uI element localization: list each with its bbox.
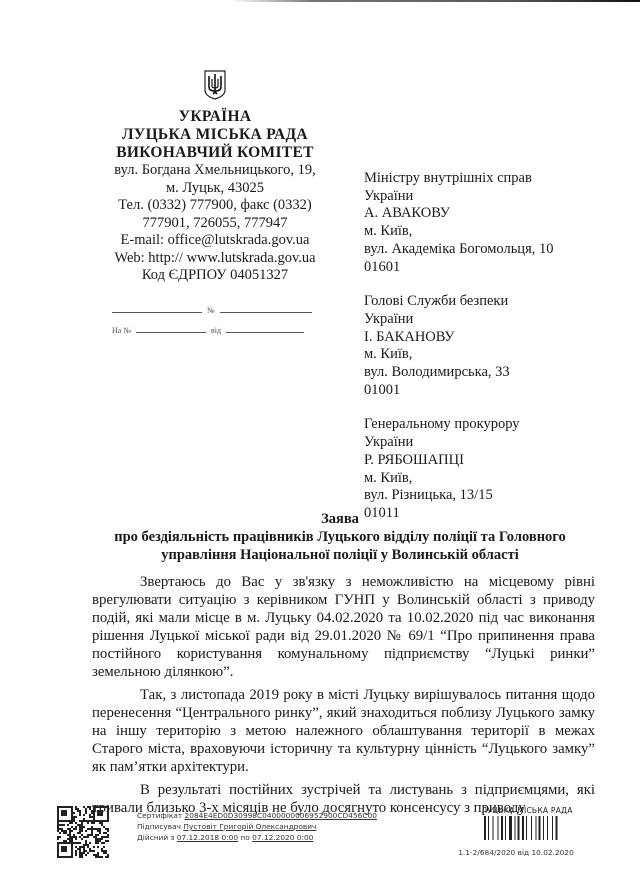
scan-edge-line — [230, 0, 640, 2]
number-label: № — [202, 306, 220, 316]
addressee-line: вул. Різницька, 13/15 — [364, 487, 624, 505]
addressee-sbu-head: Голові Служби безпеки України І. БАКАНОВ… — [364, 293, 624, 399]
outgoing-date-blank — [112, 312, 202, 313]
addressee-line: вул. Володимирська, 33 — [364, 364, 624, 382]
digital-signature-info: Сертифікат 2084E4ED0D30998C0400000006952… — [137, 810, 377, 843]
reply-to-label: На № — [112, 326, 136, 336]
addressee-line: України — [364, 188, 624, 206]
reply-to-number-blank — [136, 332, 206, 333]
committee-name: ВИКОНАВЧИЙ КОМІТЕТ — [80, 144, 350, 162]
registration-stamp: ЛУЦЬКА МІСЬКА РАДА 1.1-2/684/2020 від 10… — [452, 806, 602, 857]
country-name: УКРАЇНА — [80, 108, 350, 126]
title-subtitle-line1: про бездіяльність працівників Луцького в… — [80, 528, 600, 546]
address-line: вул. Богдана Хмельницького, 19, — [80, 162, 350, 180]
addressee-line: Міністру внутрішніх справ — [364, 170, 624, 188]
valid-to-value: 07.12.2020 0:00 — [252, 833, 313, 842]
outgoing-number-blank — [220, 312, 312, 313]
addressee-line: м. Київ, — [364, 223, 624, 241]
letterhead: УКРАЇНА ЛУЦЬКА МІСЬКА РАДА ВИКОНАВЧИЙ КО… — [80, 70, 350, 285]
registration-fields: № На № від — [112, 296, 312, 336]
reply-to-date-blank — [226, 332, 304, 333]
valid-from-label: Дійсний з — [137, 833, 174, 842]
qr-code-icon — [57, 806, 109, 858]
outgoing-number-row: № — [112, 296, 312, 316]
addressee-line: м. Київ, — [364, 470, 624, 488]
addressee-line: вул. Академіка Богомольця, 10 — [364, 241, 624, 259]
validity-row: Дійсний з 07.12.2018 0:00 по 07.12.2020 … — [137, 832, 377, 843]
stamp-organization: ЛУЦЬКА МІСЬКА РАДА — [452, 806, 602, 815]
signer-label: Підписувач — [137, 822, 181, 831]
email-line: E-mail: office@lutskrada.gov.ua — [80, 232, 350, 250]
addressee-name: А. АВАКОВУ — [364, 205, 624, 223]
city-line: м. Луцьк, 43025 — [80, 180, 350, 198]
certificate-label: Сертифікат — [137, 811, 182, 820]
addressees: Міністру внутрішніх справ України А. АВА… — [364, 170, 624, 540]
phone-line: Тел. (0332) 777900, факс (0332) — [80, 197, 350, 215]
stamp-registration-number: 1.1-2/684/2020 від 10.02.2020 — [430, 848, 602, 857]
addressee-interior-minister: Міністру внутрішніх справ України А. АВА… — [364, 170, 624, 276]
addressee-postcode: 01601 — [364, 259, 624, 277]
addressee-prosecutor-general: Генеральному прокурору України Р. РЯБОША… — [364, 416, 624, 522]
trident-coat-of-arms-icon — [204, 70, 226, 100]
reply-to-row: На № від — [112, 316, 312, 336]
title-subtitle-line2: управління Національної поліції у Волинс… — [80, 546, 600, 564]
addressee-postcode: 01001 — [364, 382, 624, 400]
phone-numbers-line: 777901, 726055, 777947 — [80, 215, 350, 233]
body-paragraph: Так, з листопада 2019 року в місті Луцьк… — [92, 686, 595, 776]
valid-from-value: 07.12.2018 0:00 — [177, 833, 238, 842]
body-paragraph: Звертаюсь до Вас у зв'язку з неможливіст… — [92, 573, 595, 681]
signer-row: Підписувач Пустовіт Григорій Олександров… — [137, 821, 377, 832]
addressee-line: Генеральному прокурору — [364, 416, 624, 434]
addressee-line: м. Київ, — [364, 346, 624, 364]
certificate-row: Сертифікат 2084E4ED0D30998C0400000006952… — [137, 810, 377, 821]
addressee-name: І. БАКАНОВУ — [364, 329, 624, 347]
title-heading: Заява — [80, 510, 600, 528]
document-title: Заява про бездіяльність працівників Луць… — [80, 510, 600, 564]
date-from-label: від — [206, 326, 226, 336]
document-body: Звертаюсь до Вас у зв'язку з неможливіст… — [92, 573, 595, 822]
addressee-name: Р. РЯБОШАПЦІ — [364, 452, 624, 470]
council-name: ЛУЦЬКА МІСЬКА РАДА — [80, 126, 350, 144]
valid-to-label: по — [240, 833, 249, 842]
edrpou-code-line: Код ЄДРПОУ 04051327 — [80, 267, 350, 285]
certificate-value: 2084E4ED0D30998C0400000006952900CD456C00 — [185, 811, 377, 820]
addressee-line: України — [364, 311, 624, 329]
web-line: Web: http:// www.lutskrada.gov.ua — [80, 250, 350, 268]
addressee-line: Голові Служби безпеки — [364, 293, 624, 311]
barcode-icon — [483, 816, 571, 840]
addressee-line: України — [364, 434, 624, 452]
signer-value: Пустовіт Григорій Олександрович — [183, 822, 316, 831]
